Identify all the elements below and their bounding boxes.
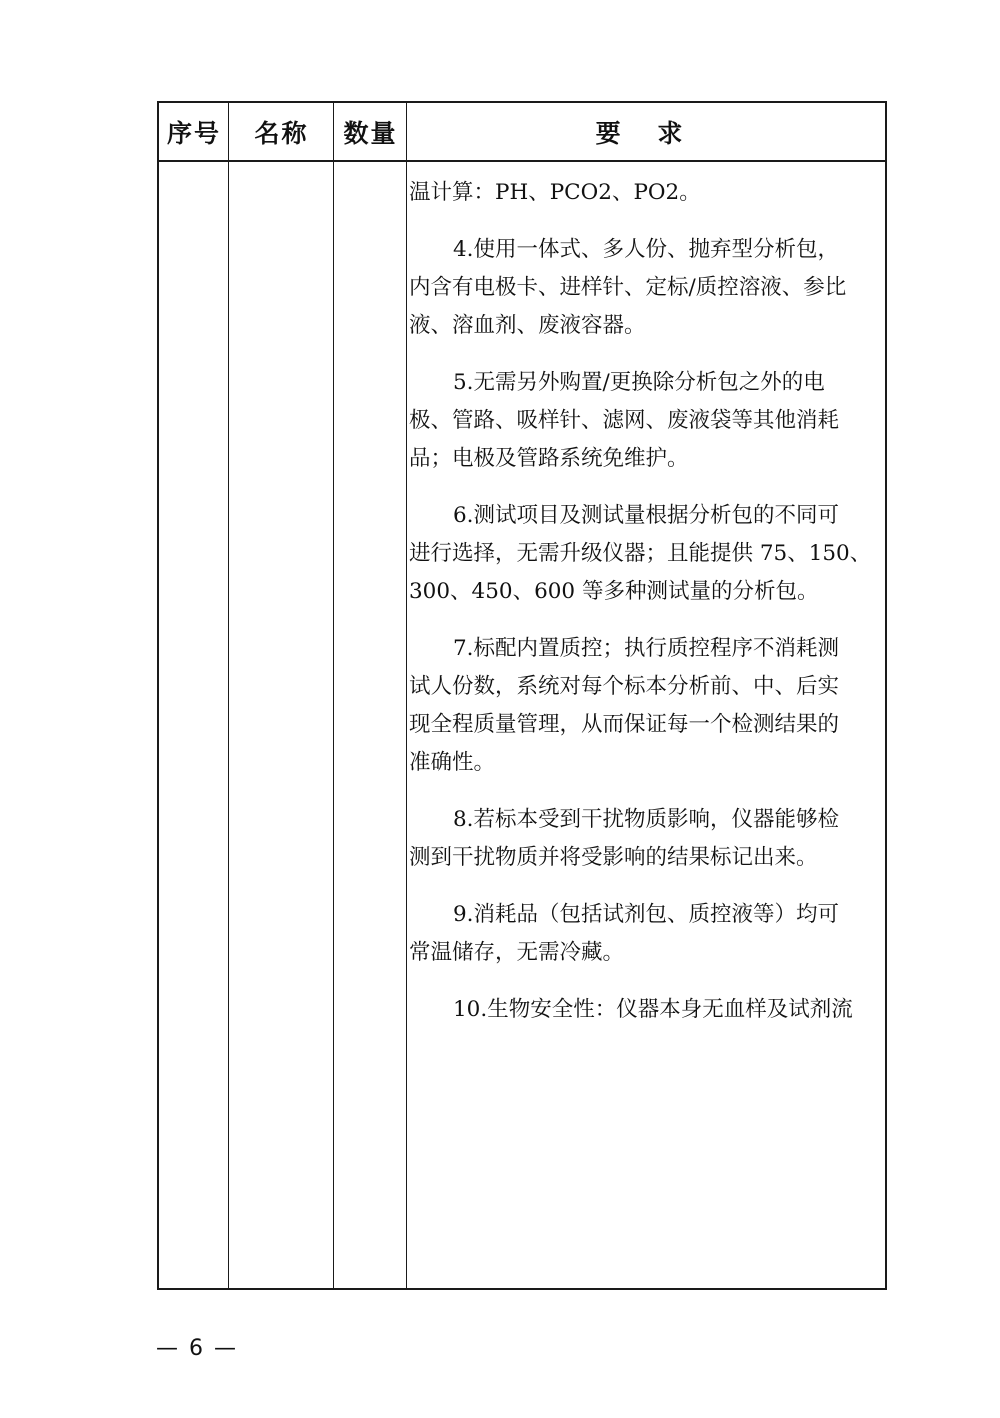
requirement-line: 品；电极及管路系统免维护。 bbox=[409, 440, 885, 478]
requirement-paragraph: 4.使用一体式、多人份、抛弃型分析包，内含有电极卡、进样针、定标/质控溶液、参比… bbox=[409, 231, 885, 345]
header-quantity: 数量 bbox=[334, 103, 407, 160]
requirement-line: 现全程质量管理，从而保证每一个检测结果的 bbox=[409, 706, 885, 744]
requirement-line: 6.测试项目及测试量根据分析包的不同可 bbox=[409, 497, 885, 535]
requirement-line: 9.消耗品（包括试剂包、质控液等）均可 bbox=[409, 896, 885, 934]
page-number: — 6 — bbox=[156, 1336, 238, 1361]
requirement-line: 10.生物安全性：仪器本身无血样及试剂流 bbox=[409, 991, 885, 1029]
requirement-line: 常温储存，无需冷藏。 bbox=[409, 934, 885, 972]
column-divider bbox=[228, 103, 229, 1288]
requirement-line: 5.无需另外购置/更换除分析包之外的电 bbox=[409, 364, 885, 402]
requirements-table: 序号 名称 数量 要 求 温计算：PH、PCO2、PO2。4.使用一体式、多人份… bbox=[157, 101, 887, 1290]
header-index: 序号 bbox=[159, 103, 229, 160]
requirement-line: 试人份数，系统对每个标本分析前、中、后实 bbox=[409, 668, 885, 706]
requirement-paragraph: 7.标配内置质控；执行质控程序不消耗测试人份数，系统对每个标本分析前、中、后实现… bbox=[409, 630, 885, 782]
column-divider bbox=[333, 103, 334, 1288]
requirement-line: 温计算：PH、PCO2、PO2。 bbox=[409, 174, 885, 212]
cell-requirements: 温计算：PH、PCO2、PO2。4.使用一体式、多人份、抛弃型分析包，内含有电极… bbox=[409, 162, 885, 1029]
requirement-paragraph: 8.若标本受到干扰物质影响，仪器能够检测到干扰物质并将受影响的结果标记出来。 bbox=[409, 801, 885, 877]
requirement-line: 4.使用一体式、多人份、抛弃型分析包， bbox=[409, 231, 885, 269]
requirement-paragraph: 6.测试项目及测试量根据分析包的不同可进行选择，无需升级仪器；且能提供 75、1… bbox=[409, 497, 885, 611]
requirement-line: 8.若标本受到干扰物质影响，仪器能够检 bbox=[409, 801, 885, 839]
requirement-line: 300、450、600 等多种测试量的分析包。 bbox=[409, 573, 885, 611]
requirement-paragraph: 5.无需另外购置/更换除分析包之外的电极、管路、吸样针、滤网、废液袋等其他消耗品… bbox=[409, 364, 885, 478]
column-divider bbox=[406, 103, 407, 1288]
requirement-line: 测到干扰物质并将受影响的结果标记出来。 bbox=[409, 839, 885, 877]
requirement-line: 7.标配内置质控；执行质控程序不消耗测 bbox=[409, 630, 885, 668]
requirement-line: 极、管路、吸样针、滤网、废液袋等其他消耗 bbox=[409, 402, 885, 440]
header-requirements: 要 求 bbox=[407, 103, 885, 160]
requirement-line: 内含有电极卡、进样针、定标/质控溶液、参比 bbox=[409, 269, 885, 307]
requirement-line: 准确性。 bbox=[409, 744, 885, 782]
requirement-paragraph: 温计算：PH、PCO2、PO2。 bbox=[409, 174, 885, 212]
header-name: 名称 bbox=[229, 103, 334, 160]
requirement-line: 进行选择，无需升级仪器；且能提供 75、150、 bbox=[409, 535, 885, 573]
requirement-line: 液、溶血剂、废液容器。 bbox=[409, 307, 885, 345]
table-header-row: 序号 名称 数量 要 求 bbox=[159, 103, 885, 162]
requirement-paragraph: 9.消耗品（包括试剂包、质控液等）均可常温储存，无需冷藏。 bbox=[409, 896, 885, 972]
requirement-paragraph: 10.生物安全性：仪器本身无血样及试剂流 bbox=[409, 991, 885, 1029]
